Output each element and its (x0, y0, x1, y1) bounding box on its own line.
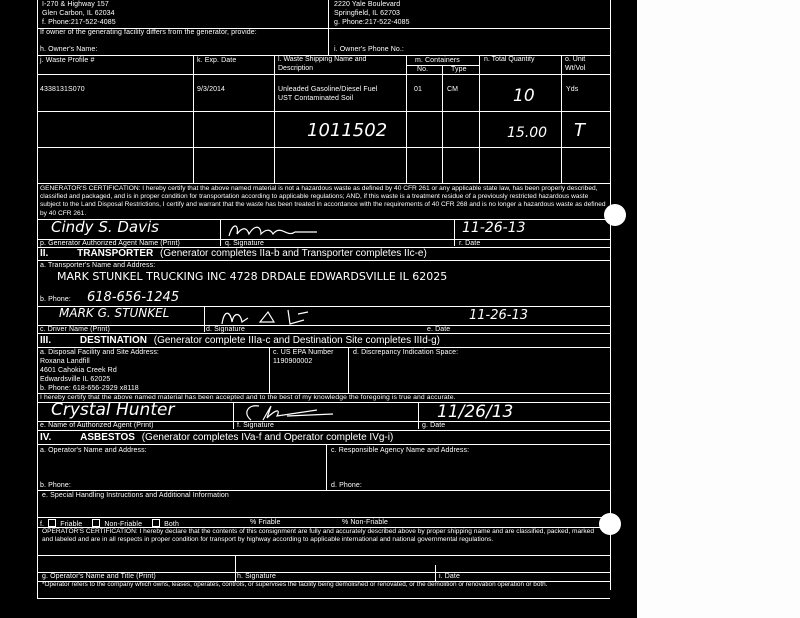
divider (37, 444, 610, 445)
form-bottom-border (37, 598, 610, 599)
divider (37, 260, 610, 261)
cell-handwritten-ticket: 1011502 (307, 120, 387, 141)
col-divider (454, 219, 455, 246)
cell-containers-type: CM (447, 86, 458, 94)
friable-checkbox[interactable] (48, 519, 56, 527)
section-destination-header: III. DESTINATION (Generator complete III… (40, 335, 440, 346)
col-divider (418, 402, 419, 429)
section-number: IV. (40, 432, 51, 443)
divider (37, 517, 610, 518)
generator-address-line1: I-270 & Highway 157 (42, 1, 109, 9)
owner-phone-label: i. Owner's Phone No.: (334, 46, 404, 54)
col-divider (442, 65, 443, 183)
divider (37, 333, 610, 334)
transporter-name-handwritten: MARK STUNKEL TRUCKING INC 4728 DRDALE ED… (57, 270, 447, 283)
disposal-facility-phone: b. Phone: 618-656-2929 x8118 (40, 385, 139, 393)
owner-name-label: h. Owner's Name: (40, 46, 97, 54)
punch-hole-bottom (599, 513, 621, 535)
transporter-name-label: a. Transporter's Name and Address: (40, 262, 155, 270)
cell-waste-profile: 4338131S070 (40, 86, 85, 94)
divider (37, 555, 610, 556)
divider (37, 147, 610, 148)
operator-signature-label: h. Signature (237, 573, 276, 581)
generator-certification-text: GENERATOR'S CERTIFICATION: I hereby cert… (40, 185, 606, 218)
destination-signature-label: f. Signature (237, 422, 274, 430)
cell-handwritten-unit: T (574, 120, 585, 141)
driver-name-handwritten: MARK G. STUNKEL (59, 306, 169, 320)
section-subtitle: (Generator complete IIIa-c and Destinati… (154, 335, 440, 346)
disposal-facility-label: a. Disposal Facility and Site Address: (40, 349, 159, 357)
header-exp-date: k. Exp. Date (197, 57, 236, 65)
both-checkbox[interactable] (152, 519, 160, 527)
transporter-phone-handwritten: 618-656-1245 (87, 290, 179, 305)
cell-description-line2: UST Contaminated Soil (278, 95, 353, 103)
operator-title-label: g. Operator's Name and Title (Print) (42, 573, 156, 581)
divider (37, 183, 610, 184)
pct-friable-label: % Friable (250, 519, 280, 527)
header-description: l. Waste Shipping Name and Description (278, 56, 398, 73)
mailing-phone: g. Phone:217-522-4085 (334, 19, 410, 27)
mailing-address-line1: 2220 Yale Boulevard (334, 1, 400, 9)
form-right-border (610, 0, 611, 590)
destination-agent-label: e. Name of Authorized Agent (Print) (40, 422, 154, 430)
col-divider (235, 555, 236, 581)
epa-number-value: 1190900002 (273, 358, 312, 366)
discrepancy-label: d. Discrepancy Indication Space: (353, 349, 458, 357)
section-asbestos-header: IV. ASBESTOS (Generator completes IVa-f … (40, 432, 393, 443)
destination-agent-name-handwritten: Crystal Hunter (51, 400, 174, 420)
cell-unit: Yds (566, 86, 578, 94)
destination-date-handwritten: 11/26/13 (437, 402, 513, 422)
disposal-facility-name: Roxana Landfill (40, 358, 90, 366)
special-handling-label: e. Special Handling Instructions and Add… (42, 492, 229, 500)
divider (37, 325, 610, 326)
transporter-date-handwritten: 11-26-13 (469, 308, 528, 323)
section-number: II. (40, 248, 48, 259)
operator-phone-label: b. Phone: (40, 482, 71, 490)
mailing-address-line2: Springfield, IL 62703 (334, 10, 400, 18)
header-unit: o. Unit Wt/Vol (565, 56, 605, 73)
generator-phone: f. Phone:217-522-4085 (42, 19, 116, 27)
generator-address-line2: Glen Carbon, IL 62034 (42, 10, 115, 18)
agency-phone-label: d. Phone: (331, 482, 362, 490)
header-total-quantity: n. Total Quantity (484, 56, 539, 65)
cell-total-quantity: 10 (513, 86, 535, 106)
pct-non-friable-label: % Non-Friable (342, 519, 388, 527)
section-subtitle: (Generator completes IIa-b and Transport… (160, 248, 427, 259)
divider (37, 111, 610, 112)
col-divider (326, 444, 327, 490)
divider (37, 347, 610, 348)
non-friable-checkbox[interactable] (92, 519, 100, 527)
col-divider (269, 347, 270, 393)
epa-number-label: c. US EPA Number (273, 349, 334, 357)
section-title: TRANSPORTER (77, 248, 153, 259)
generator-date-handwritten: 11-26-13 (462, 220, 526, 236)
col-divider (233, 402, 234, 429)
section-title: DESTINATION (80, 335, 147, 346)
waste-manifest-form: I-270 & Highway 157 Glen Carbon, IL 6203… (37, 0, 610, 598)
operator-certification-text: OPERATOR'S CERTIFICATION: I hereby decla… (42, 528, 602, 544)
section-title: ASBESTOS (80, 432, 135, 443)
responsible-agency-label: c. Responsible Agency Name and Address: (331, 447, 469, 455)
section-transporter-header: II. TRANSPORTER (Generator completes IIa… (40, 248, 427, 259)
form-left-border (37, 0, 38, 598)
punch-hole-top (604, 204, 626, 226)
disposal-facility-address2: Edwardsville IL 62025 (40, 376, 110, 384)
header-containers-type: Type (451, 66, 467, 74)
divider (37, 74, 610, 75)
col-divider (220, 219, 221, 246)
header-containers-no: No. (417, 66, 428, 74)
header-waste-profile: j. Waste Profile # (40, 57, 94, 65)
cell-containers-no: 01 (414, 86, 422, 94)
cell-handwritten-quantity: 15.00 (507, 125, 547, 141)
section-number: III. (40, 335, 51, 346)
header-containers: m. Containers (415, 57, 460, 65)
divider (37, 490, 610, 491)
col-divider (204, 306, 205, 332)
operator-date-label: i. Date (439, 573, 460, 581)
generator-agent-name-handwritten: Cindy S. Davis (51, 218, 159, 236)
operator-name-label: a. Operator's Name and Address: (40, 447, 147, 455)
transporter-phone-label: b. Phone: (40, 296, 71, 304)
col-divider (348, 347, 349, 393)
destination-date-label: g. Date (422, 422, 445, 430)
section-subtitle: (Generator completes IVa-f and Operator … (142, 432, 394, 443)
col-divider (435, 565, 436, 581)
cell-exp-date: 9/3/2014 (197, 86, 225, 94)
operator-footnote: *Operator refers to the company which ow… (42, 581, 562, 589)
divider (37, 430, 610, 431)
scanned-manifest-page: I-270 & Highway 157 Glen Carbon, IL 6203… (0, 0, 637, 618)
disposal-facility-address1: 4601 Cahokia Creek Rd (40, 367, 117, 375)
cell-description-line1: Unleaded Gasoline/Diesel Fuel (278, 86, 377, 94)
owner-note: If owner of the generating facility diff… (40, 29, 257, 37)
